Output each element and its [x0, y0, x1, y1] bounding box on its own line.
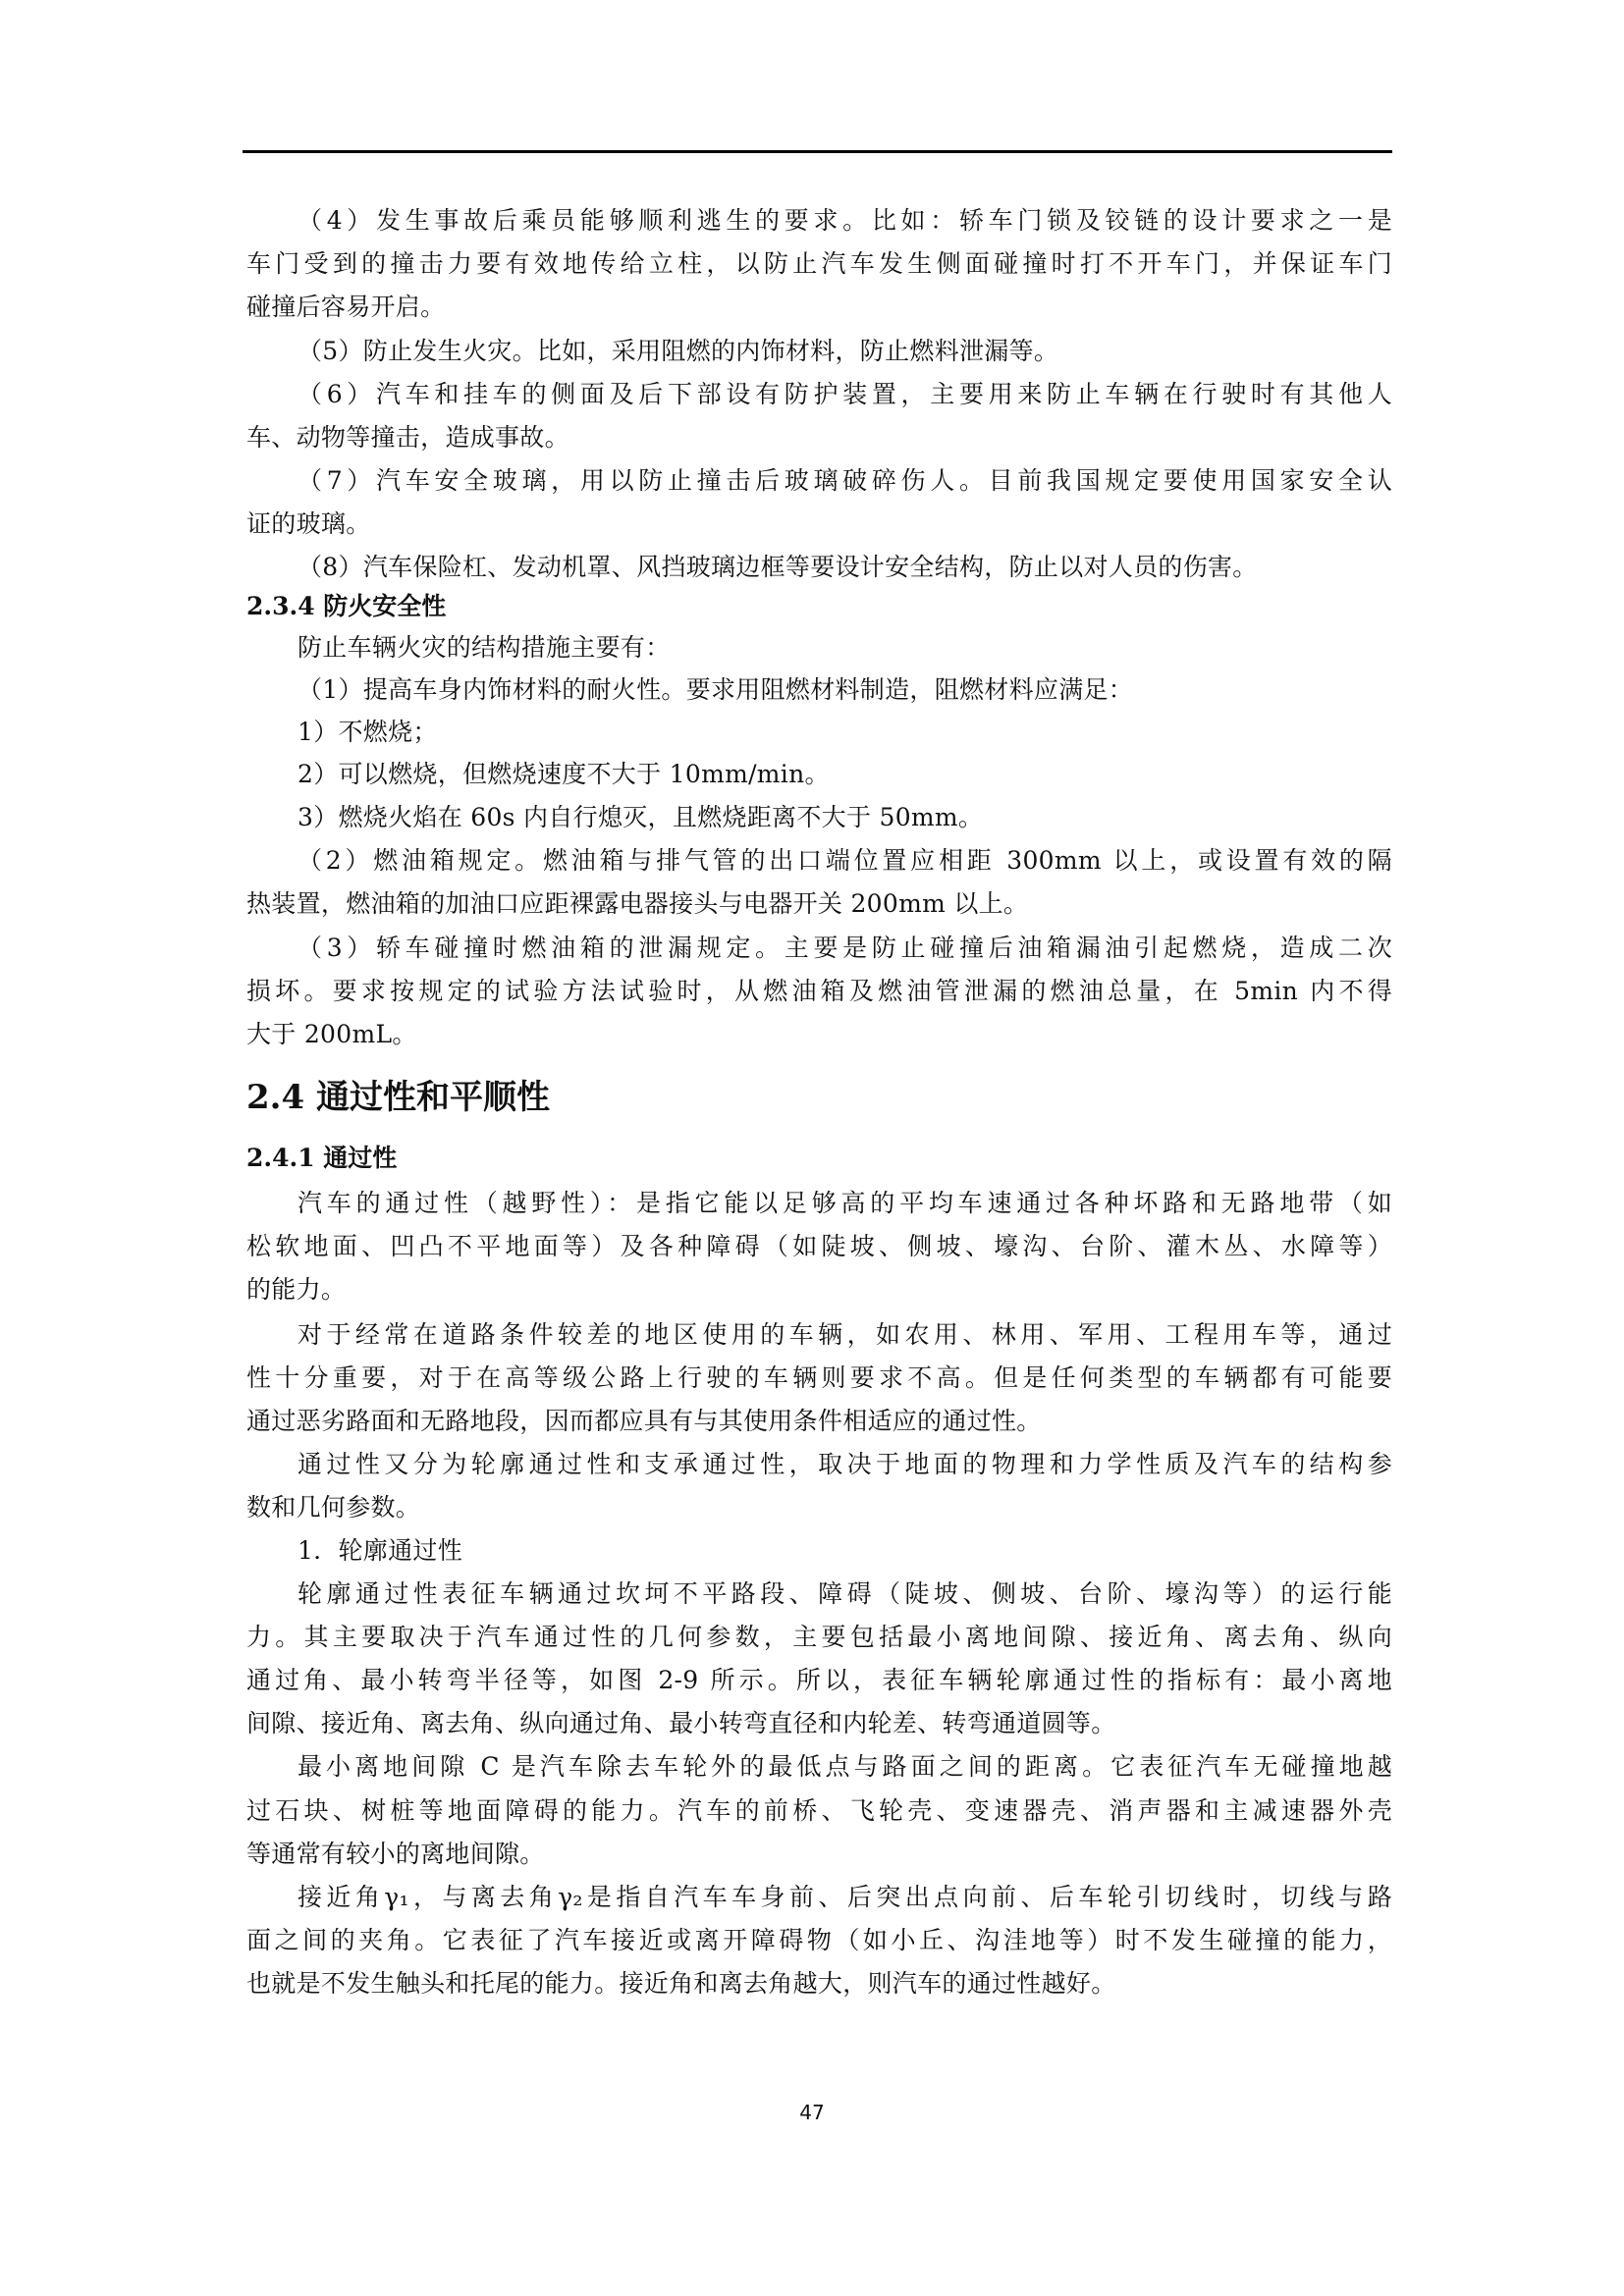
page-number: 47 — [0, 2101, 1624, 2124]
text-line: 损坏。要求按规定的试验方法试验时，从燃油箱及燃油管泄漏的燃油总量，在 5min … — [246, 976, 1392, 1007]
text-line: 证的玻璃。 — [246, 508, 1392, 540]
text-line: 数和几何参数。 — [246, 1492, 1392, 1523]
text-line: 2）可以燃烧，但燃烧速度不大于 10mm/min。 — [298, 759, 1392, 790]
text-line: 车、动物等撞击，造成事故。 — [246, 422, 1392, 454]
section-heading-2-4: 2.4 通过性和平顺性 — [246, 1076, 550, 1119]
text-line: 过石块、树桩等地面障碍的能力。汽车的前桥、飞轮壳、变速器壳、消声器和主减速器外壳 — [246, 1795, 1392, 1827]
text-line: 的能力。 — [246, 1274, 1392, 1306]
text-line: 通过性又分为轮廓通过性和支承通过性，取决于地面的物理和力学性质及汽车的结构参 — [298, 1449, 1392, 1480]
text-line: 最小离地间隙 C 是汽车除去车轮外的最低点与路面之间的距离。它表征汽车无碰撞地越 — [298, 1751, 1392, 1783]
text-line: 松软地面、凹凸不平地面等）及各种障碍（如陡坡、侧坡、壕沟、台阶、灌木丛、水障等） — [246, 1231, 1392, 1262]
text-line: 大于 200mL。 — [246, 1019, 1392, 1050]
text-line: （8）汽车保险杠、发动机罩、风挡玻璃边框等要设计安全结构，防止以对人员的伤害。 — [298, 552, 1392, 583]
text-line: 车门受到的撞击力要有效地传给立柱，以防止汽车发生侧面碰撞时打不开车门，并保证车门 — [246, 248, 1392, 280]
text-line: 性十分重要，对于在高等级公路上行驶的车辆则要求不高。但是任何类型的车辆都有可能要 — [246, 1362, 1392, 1394]
text-line: （6）汽车和挂车的侧面及后下部设有防护装置，主要用来防止车辆在行驶时有其他人 — [298, 379, 1392, 410]
text-line: 防止车辆火灾的结构措施主要有： — [298, 632, 1392, 664]
text-line: 碰撞后容易开启。 — [246, 292, 1392, 323]
text-line: 热装置，燃油箱的加油口应距裸露电器接头与电器开关 200mm 以上。 — [246, 888, 1392, 920]
section-heading-2-4-1: 2.4.1 通过性 — [246, 1143, 397, 1174]
text-line: 面之间的夹角。它表征了汽车接近或离开障碍物（如小丘、沟洼地等）时不发生碰撞的能力… — [246, 1925, 1392, 1956]
text-line: 通过角、最小转弯半径等，如图 2-9 所示。所以，表征车辆轮廓通过性的指标有：最… — [246, 1665, 1392, 1696]
text-line: 汽车的通过性（越野性）：是指它能以足够高的平均车速通过各种坏路和无路地带（如 — [298, 1188, 1392, 1219]
text-line: （7）汽车安全玻璃，用以防止撞击后玻璃破碎伤人。目前我国规定要使用国家安全认 — [298, 465, 1392, 497]
text-line: （5）防止发生火灾。比如，采用阻燃的内饰材料，防止燃料泄漏等。 — [298, 336, 1392, 367]
text-line: 等通常有较小的离地间隙。 — [246, 1839, 1392, 1870]
text-line: （3）轿车碰撞时燃油箱的泄漏规定。主要是防止碰撞后油箱漏油引起燃烧，造成二次 — [298, 933, 1392, 964]
text-line: 对于经常在道路条件较差的地区使用的车辆，如农用、林用、军用、工程用车等，通过 — [298, 1319, 1392, 1351]
text-line: 也就是不发生触头和托尾的能力。接近角和离去角越大，则汽车的通过性越好。 — [246, 1968, 1392, 2000]
header-rule — [243, 150, 1392, 153]
section-heading-2-3-4: 2.3.4 防火安全性 — [246, 591, 446, 622]
text-line: 1）不燃烧； — [298, 717, 1392, 748]
text-line: （1）提高车身内饰材料的耐火性。要求用阻燃材料制造，阻燃材料应满足： — [298, 674, 1392, 706]
text-line: 通过恶劣路面和无路地段，因而都应具有与其使用条件相适应的通过性。 — [246, 1406, 1392, 1437]
text-line: 间隙、接近角、离去角、纵向通过角、最小转弯直径和内轮差、转弯通道圆等。 — [246, 1708, 1392, 1739]
text-line: （4）发生事故后乘员能够顺利逃生的要求。比如：轿车门锁及铰链的设计要求之一是 — [298, 205, 1392, 237]
text-line: 接近角γ₁，与离去角γ₂是指自汽车车身前、后突出点向前、后车轮引切线时，切线与路 — [298, 1882, 1392, 1913]
text-line: 1．轮廓通过性 — [298, 1535, 1392, 1567]
text-line: 力。其主要取决于汽车通过性的几何参数，主要包括最小离地间隙、接近角、离去角、纵向 — [246, 1622, 1392, 1653]
text-line: 轮廓通过性表征车辆通过坎坷不平路段、障碍（陡坡、侧坡、台阶、壕沟等）的运行能 — [298, 1578, 1392, 1610]
text-line: （2）燃油箱规定。燃油箱与排气管的出口端位置应相距 300mm 以上，或设置有效… — [298, 845, 1392, 877]
text-line: 3）燃烧火焰在 60s 内自行熄灭，且燃烧距离不大于 50mm。 — [298, 802, 1392, 833]
